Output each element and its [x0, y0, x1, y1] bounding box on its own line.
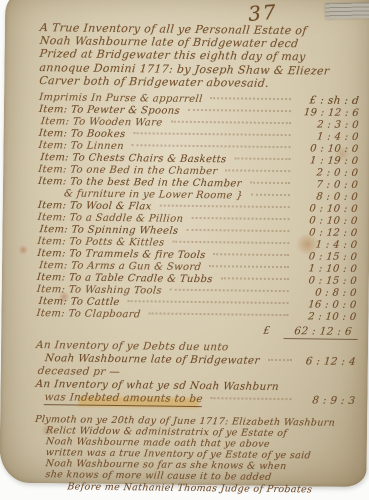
row-amount: 0 : 8 : 0 — [296, 287, 361, 300]
row-amount: 8 : 0 : 0 — [297, 191, 362, 204]
leader-dots — [251, 194, 290, 196]
row-amount: 0 : 12 : 0 — [297, 227, 362, 240]
row-amount: 6 : 12 : 4 — [299, 355, 360, 369]
row-label: Item: To Linnen — [38, 140, 125, 153]
leader-dots — [250, 182, 290, 184]
leader-dots — [210, 97, 291, 100]
table-row: Item: To Clapboard 2 : 10 : 0 — [36, 308, 360, 324]
leader-dots — [268, 359, 292, 361]
leader-dots — [132, 144, 291, 148]
row-amount: 1 : 10 : 0 — [296, 263, 361, 276]
leader-dots — [209, 265, 289, 268]
page-number: 37 — [247, 0, 278, 26]
total-currency: £ — [263, 325, 271, 339]
leader-dots — [186, 229, 289, 232]
row-amount: 2 : 3 : 0 — [298, 119, 363, 132]
leader-dots — [188, 109, 291, 112]
manuscript-paper: 37 A True Inventory of all ye Personall … — [0, 0, 369, 487]
leader-dots — [170, 121, 290, 124]
debts-row: was Indebted amounts to be 8 : 9 : 3 — [44, 391, 359, 409]
total-amount: 62 : 12 : 6 — [284, 325, 359, 340]
leader-dots — [128, 300, 289, 304]
row-amount: 0 : 10 : 0 — [298, 143, 363, 156]
row-amount: 0 : 15 : 0 — [296, 275, 361, 288]
leader-dots — [172, 241, 289, 244]
row-amount: 1 : 4 : 0 — [297, 239, 362, 252]
leader-dots — [133, 132, 290, 136]
row-amount: 1 : 4 : 0 — [298, 131, 363, 144]
leader-dots — [160, 205, 290, 209]
leader-dots — [149, 312, 289, 316]
corner-sticker — [325, 2, 369, 19]
leader-dots — [170, 289, 289, 292]
leader-dots — [211, 397, 292, 400]
row-label: Item: To Bookes — [38, 128, 126, 141]
debts-section: An Inventory of ye Debts due unto Noah W… — [35, 339, 360, 409]
attestation-signoff: Before me Nathaniel Thomas Judge of Prob… — [67, 481, 313, 495]
total-row: £ 62 : 12 : 6 — [36, 322, 358, 340]
leader-dots — [221, 277, 289, 280]
row-amount: 1 : 19 : 0 — [298, 155, 363, 168]
row-label: Item: To Cattle — [38, 296, 120, 309]
row-amount: 0 : 10 : 0 — [297, 203, 362, 216]
leader-dots — [214, 253, 290, 256]
leader-dots — [234, 157, 290, 160]
row-label: was Indebted amounts to be — [44, 391, 204, 407]
row-amount: 16 : 0 : 0 — [296, 299, 361, 312]
row-amount: 2 : 10 : 0 — [296, 311, 361, 324]
row-label: deceased pr — — [37, 365, 121, 379]
row-amount: 8 : 9 : 3 — [299, 394, 360, 408]
inventory-table: Imprimis In Purse & apparrell £ : sh : d… — [36, 91, 363, 340]
row-amount: 19 : 12 : 6 — [298, 107, 363, 120]
row-amount: 0 : 15 : 0 — [297, 251, 362, 264]
foxing-spot — [18, 245, 28, 255]
attestation: Plymoth on ye 20th day of June 1717: Eli… — [34, 414, 359, 496]
preamble-line: Carver both of Bridgewater abovesaid. — [39, 74, 270, 90]
row-amount: 2 : 0 : 0 — [298, 167, 363, 180]
leader-dots — [191, 217, 289, 220]
preamble: A True Inventory of all ye Personall Est… — [39, 21, 364, 91]
money-column-header: £ : sh : d — [298, 94, 363, 107]
row-amount: 0 : 10 : 0 — [297, 215, 362, 228]
row-amount: 7 : 0 : 0 — [297, 179, 362, 192]
leader-dots — [225, 169, 290, 172]
row-label: Item: To Clapboard — [36, 308, 141, 321]
